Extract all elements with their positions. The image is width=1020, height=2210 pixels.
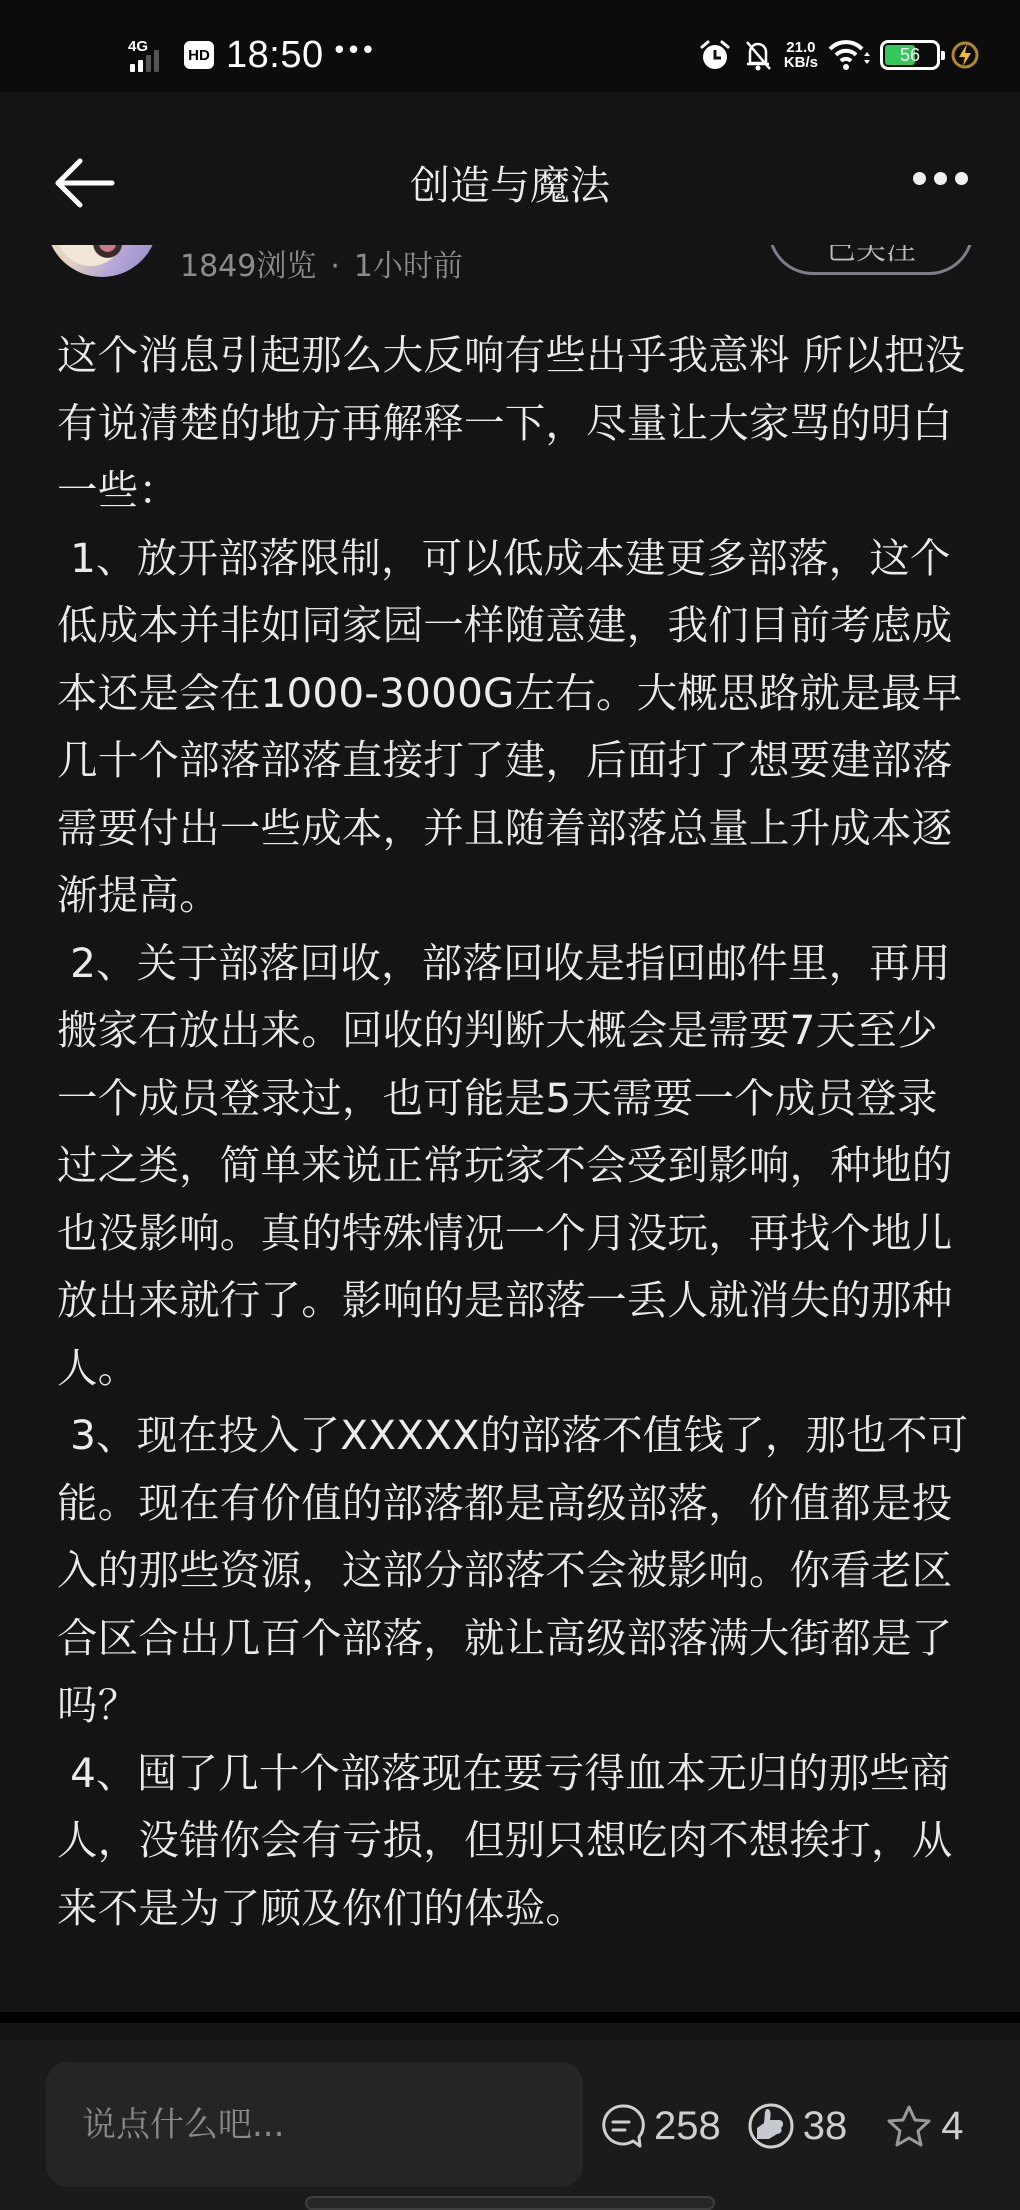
avatar[interactable] xyxy=(46,245,158,277)
bell-off-icon xyxy=(742,37,774,73)
star-icon xyxy=(885,2102,933,2150)
page-title: 创造与魔法 xyxy=(0,162,1020,210)
view-count: 1849浏览 xyxy=(180,249,316,284)
comment-input[interactable] xyxy=(46,2062,583,2187)
bottom-action-bar: 258 38 4 xyxy=(0,2040,1020,2210)
comment-button[interactable]: 258 xyxy=(600,2102,721,2150)
network-type: 4G xyxy=(128,38,148,55)
notification-more-icon: ••• xyxy=(332,36,375,66)
follow-button[interactable]: 已关注 xyxy=(768,245,974,275)
post-stats: 1849浏览·1小时前 xyxy=(180,245,463,289)
nav-bar: 创造与魔法 xyxy=(0,92,1020,245)
paragraph-point-1: 1、放开部落限制，可以低成本建更多部落，这个低成本并非如同家园一样随意建，我们目… xyxy=(57,525,969,930)
status-bar: 4G HD 18:50 ••• 21.0 KB/s xyxy=(0,0,1020,92)
wifi-icon xyxy=(828,38,870,72)
network-speed: 21.0 KB/s xyxy=(784,40,818,70)
comment-icon xyxy=(600,2102,646,2150)
status-right: 21.0 KB/s 56 xyxy=(698,30,980,80)
alarm-icon xyxy=(698,38,732,72)
hd-icon: HD xyxy=(184,41,214,69)
follow-label: 已关注 xyxy=(771,245,971,268)
like-count: 38 xyxy=(803,2104,848,2149)
post-meta: 1849浏览·1小时前 已关注 xyxy=(0,245,1020,320)
battery-percent: 56 xyxy=(885,45,935,65)
post-body: 这个消息引起那么大反响有些出乎我意料 所以把没有说清楚的地方再解释一下，尽量让大… xyxy=(57,322,969,1942)
section-divider xyxy=(0,2012,1020,2023)
like-button[interactable]: 38 xyxy=(747,2101,848,2151)
favorite-button[interactable]: 4 xyxy=(885,2102,963,2150)
meta-separator: · xyxy=(330,249,340,284)
favorite-count: 4 xyxy=(941,2104,963,2149)
status-left: 4G HD 18:50 ••• xyxy=(128,30,375,80)
comment-count: 258 xyxy=(654,2104,721,2149)
paragraph-point-2: 2、关于部落回收，部落回收是指回邮件里，再用搬家石放出来。回收的判断大概会是需要… xyxy=(57,930,969,1403)
post-actions: 258 38 4 xyxy=(600,2098,964,2154)
paragraph-point-3: 3、现在投入了XXXXX的部落不值钱了，那也不可能。现在有价值的部落都是高级部落… xyxy=(57,1402,969,1740)
signal-icon: 4G xyxy=(128,35,174,75)
thumbs-up-icon xyxy=(747,2101,795,2151)
clock: 18:50 xyxy=(226,34,324,77)
paragraph-point-4: 4、囤了几十个部落现在要亏得血本无归的那些商人，没错你会有亏损，但别只想吃肉不想… xyxy=(57,1740,969,1943)
battery-icon: 56 xyxy=(880,40,940,70)
charging-icon xyxy=(950,39,980,71)
post-time: 1小时前 xyxy=(354,249,463,284)
home-indicator[interactable] xyxy=(305,2196,715,2210)
paragraph-intro: 这个消息引起那么大反响有些出乎我意料 所以把没有说清楚的地方再解释一下，尽量让大… xyxy=(57,322,969,525)
more-dots-icon[interactable] xyxy=(913,172,968,185)
